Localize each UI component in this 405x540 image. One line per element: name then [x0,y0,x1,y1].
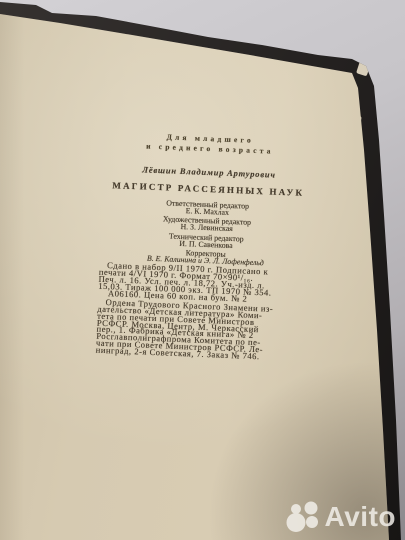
colophon-text-block: Для младшего и среднего возраста Лёвшин … [96,130,317,362]
book-photo: Для младшего и среднего возраста Лёвшин … [0,0,405,540]
editors-block: Ответственный редакторЕ. К. МахлахХудоже… [100,197,314,262]
author-name: Лёвшин Владимир Артурович [103,163,315,181]
avito-logo-icon [286,501,322,533]
avito-watermark: Avito [286,501,396,533]
book-title: МАГИСТР РАССЕЯННЫХ НАУК [102,180,314,198]
avito-brand-text: Avito [325,503,396,531]
publisher-block: Ордена Трудового Красного Знамени из-дат… [96,299,310,363]
